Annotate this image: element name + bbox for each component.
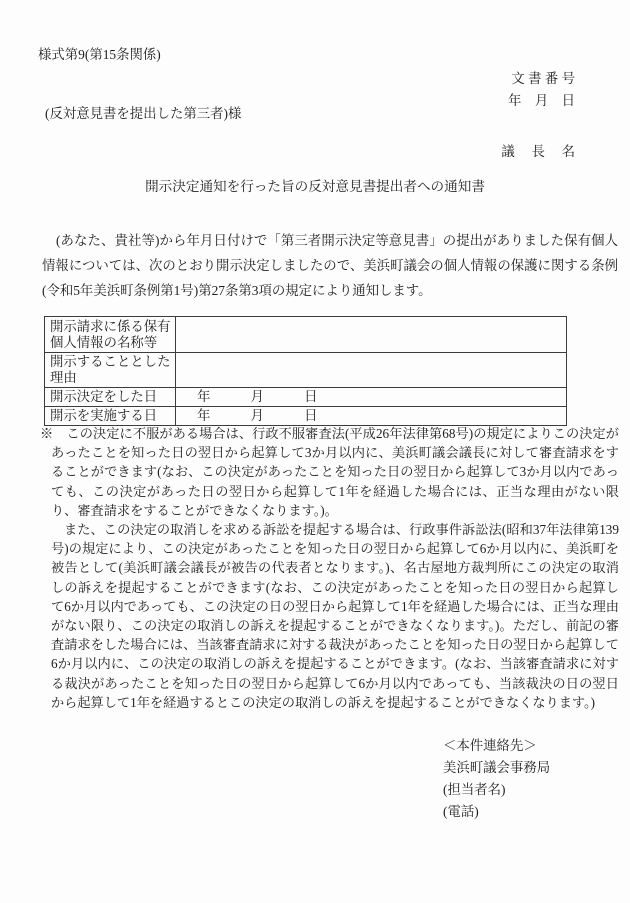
note-lawsuit: また、この決定の取消しを求める訴訟を提起する場合は、行政事件訴訟法(昭和37年法… (51, 520, 619, 712)
contact-phone-line: (電話) (443, 801, 550, 823)
table-row-decision-date: 開示決定をした日 年 月 日 (45, 388, 567, 407)
row-value-date: 年 月 日 (176, 407, 567, 426)
row-value-blank (176, 353, 567, 388)
contact-office-line: 美浜町議会事務局 (443, 757, 550, 779)
row-label: 開示決定をした日 (45, 388, 176, 407)
note-administrative-appeal: ※ この決定に不服がある場合は、行政不服審査法(平成26年法律第68号)の規定に… (51, 424, 619, 520)
table-row-disclosure-reason: 開示することとした理由 (45, 353, 567, 388)
contact-block: ＜本件連絡先＞ 美浜町議会事務局 (担当者名) (電話) (443, 735, 550, 823)
table-row-implementation-date: 開示を実施する日 年 月 日 (45, 407, 567, 426)
contact-person-line: (担当者名) (443, 779, 550, 801)
document-title: 開示決定通知を行った旨の反対意見書提出者への通知書 (0, 175, 630, 195)
table-row-personal-info-name: 開示請求に係る保有個人情報の名称等 (45, 317, 567, 353)
chairperson-name-line: 議 長 名 (501, 141, 575, 160)
contact-heading: ＜本件連絡先＞ (443, 735, 550, 757)
row-value-blank (176, 317, 567, 353)
disclosure-decision-table: 開示請求に係る保有個人情報の名称等 開示することとした理由 開示決定をした日 年… (44, 316, 567, 426)
row-value-date: 年 月 日 (176, 388, 567, 407)
date-placeholder: 年 月 日 (508, 90, 575, 109)
document-page: 様式第9(第15条関係) 文 書 番 号 年 月 日 (反対意見書を提出した第三… (0, 0, 630, 903)
doc-number-label: 文 書 番 号 (511, 68, 575, 87)
row-label: 開示を実施する日 (45, 407, 176, 426)
legal-notes-section: ※ この決定に不服がある場合は、行政不服審査法(平成26年法律第68号)の規定に… (51, 424, 619, 712)
row-label: 開示請求に係る保有個人情報の名称等 (45, 317, 176, 353)
row-label: 開示することとした理由 (45, 353, 176, 388)
form-number: 様式第9(第15条関係) (38, 44, 161, 63)
intro-paragraph: (あなた、貴社等)から年月日付けで「第三者開示決定等意見書」の提出がありました保… (42, 228, 618, 303)
addressee-line: (反対意見書を提出した第三者)様 (45, 103, 241, 122)
